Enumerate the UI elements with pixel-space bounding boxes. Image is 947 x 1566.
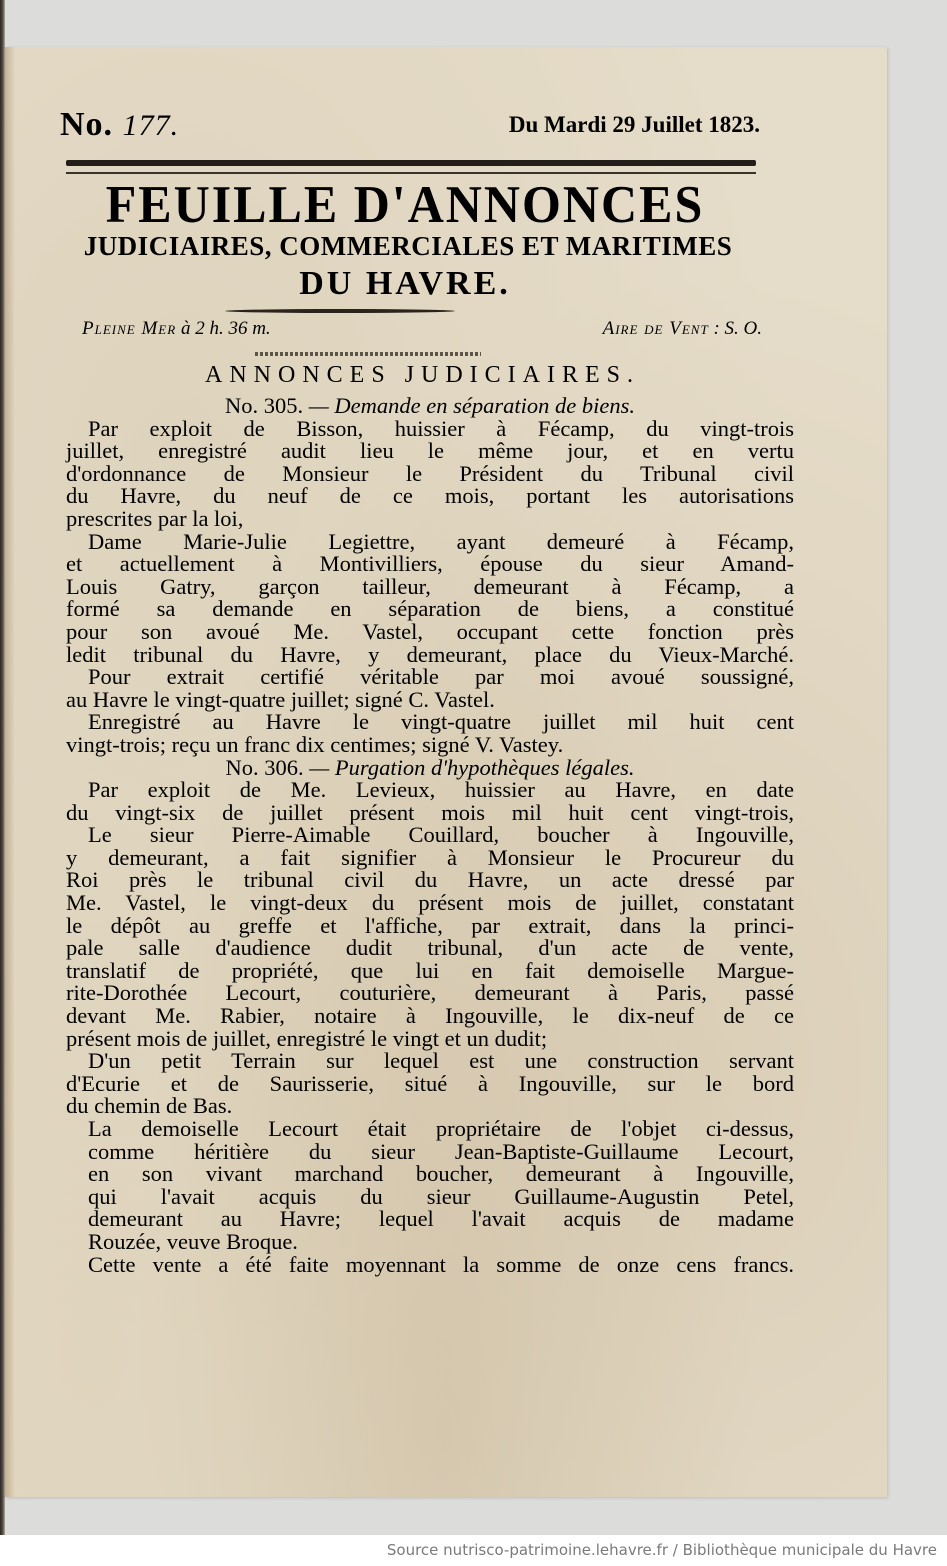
notice-line: ledit tribunal du Havre, y demeurant, pl…: [66, 644, 794, 667]
notices-body: No. 305. — Demande en séparation de bien…: [66, 395, 794, 1276]
masthead-row: No. 177. Du Mardi 29 Juillet 1823.: [60, 106, 760, 146]
notice-line: y demeurant, a fait signifier à Monsieur…: [66, 847, 794, 870]
notice-line: qui l'avait acquis du sieur Guillaume-Au…: [66, 1186, 794, 1209]
notice-line: Par exploit de Bisson, huissier à Fécamp…: [66, 418, 794, 441]
wind-direction: Aire de Vent : S. O.: [603, 318, 762, 340]
notice-line: demeurant au Havre; lequel l'avait acqui…: [66, 1208, 794, 1231]
tide-wind-line: Pleine Mer à 2 h. 36 m. Aire de Vent : S…: [82, 318, 762, 348]
section-heading: ANNONCES JUDICIAIRES.: [60, 362, 785, 389]
notice-line: d'Ecurie et de Saurisserie, situé à Ingo…: [66, 1073, 794, 1096]
notice-line: Roi près le tribunal civil du Havre, un …: [66, 869, 794, 892]
notice-line: présent mois de juillet, enregistré le v…: [66, 1028, 794, 1051]
notice-title: — Purgation d'hypothèques légales.: [309, 755, 634, 780]
notice-line: rite-Dorothée Lecourt, couturière, demeu…: [66, 982, 794, 1005]
notice-line: devant Me. Rabier, notaire à Ingouville,…: [66, 1005, 794, 1028]
wavy-rule: [255, 352, 481, 356]
notice-line: Louis Gatry, garçon tailleur, demeurant …: [66, 576, 794, 599]
issue-date: Du Mardi 29 Juillet 1823.: [509, 112, 760, 138]
notice-title: — Demande en séparation de biens.: [309, 393, 635, 418]
high-tide: Pleine Mer à 2 h. 36 m.: [82, 318, 271, 340]
notice-line: pour son avoué Me. Vastel, occupant cett…: [66, 621, 794, 644]
notice-heading: No. 306. — Purgation d'hypothèques légal…: [66, 757, 794, 780]
notice-line: Pour extrait certifié véritable par moi …: [66, 666, 794, 689]
notice-line: d'ordonnance de Monsieur le Président du…: [66, 463, 794, 486]
notice-line: Dame Marie-Julie Legiettre, ayant demeur…: [66, 531, 794, 554]
notice-line: comme héritière du sieur Jean-Baptiste-G…: [66, 1141, 794, 1164]
notice-line: pale salle d'audience dudit tribunal, d'…: [66, 937, 794, 960]
notice-line: Par exploit de Me. Levieux, huissier au …: [66, 779, 794, 802]
notice-line: du Havre, du neuf de ce mois, portant le…: [66, 485, 794, 508]
paper-stain: [5, 47, 15, 1497]
notice-line: Cette vente a été faite moyennant la som…: [66, 1254, 794, 1277]
notice-line: juillet, enregistré audit lieu le même j…: [66, 440, 794, 463]
notice-line: Rouzée, veuve Broque.: [66, 1231, 794, 1254]
ornamental-rule: [225, 309, 455, 313]
notice-number: No. 305.: [225, 393, 303, 418]
notice-line: D'un petit Terrain sur lequel est une co…: [66, 1050, 794, 1073]
notice-line: et actuellement à Montivilliers, épouse …: [66, 553, 794, 576]
notice-line: prescrites par la loi,: [66, 508, 794, 531]
notice-line: Enregistré au Havre le vingt-quatre juil…: [66, 711, 794, 734]
notice-number: No. 306.: [226, 755, 304, 780]
newspaper-place: DU HAVRE.: [60, 264, 750, 304]
notice-line: du chemin de Bas.: [66, 1095, 794, 1118]
notice-line: du vingt-six de juillet présent mois mil…: [66, 802, 794, 825]
header-rule-thick: [66, 160, 756, 166]
notice-line: Me. Vastel, le vingt-deux du présent moi…: [66, 892, 794, 915]
notice-line: vingt-trois; reçu un franc dix centimes;…: [66, 734, 794, 757]
high-tide-label: Pleine Mer: [82, 318, 176, 339]
notice-heading: No. 305. — Demande en séparation de bien…: [66, 395, 794, 418]
notice-line: en son vivant marchand boucher, demeuran…: [66, 1163, 794, 1186]
wind-value: : S. O.: [713, 318, 762, 339]
wind-label: Aire de Vent: [603, 318, 709, 339]
source-caption: Source nutrisco-patrimoine.lehavre.fr / …: [0, 1535, 947, 1566]
notice-line: Le sieur Pierre-Aimable Couillard, bouch…: [66, 824, 794, 847]
newspaper-subtitle: JUDICIAIRES, COMMERCIALES ET MARITIMES: [58, 230, 758, 262]
notice-line: formé sa demande en séparation de biens,…: [66, 598, 794, 621]
issue-value: 177.: [123, 109, 180, 142]
issue-number: No. 177.: [60, 106, 179, 144]
notice-line: au Havre le vingt-quatre juillet; signé …: [66, 689, 794, 712]
newspaper-title: FEUILLE D'ANNONCES: [60, 175, 750, 234]
notice-line: La demoiselle Lecourt était propriétaire…: [66, 1118, 794, 1141]
notice-line: translatif de propriété, que lui en fait…: [66, 960, 794, 983]
issue-label: No.: [60, 106, 113, 143]
notice-line: le dépôt au greffe et l'affiche, par ext…: [66, 915, 794, 938]
high-tide-value: à 2 h. 36 m.: [181, 318, 271, 339]
